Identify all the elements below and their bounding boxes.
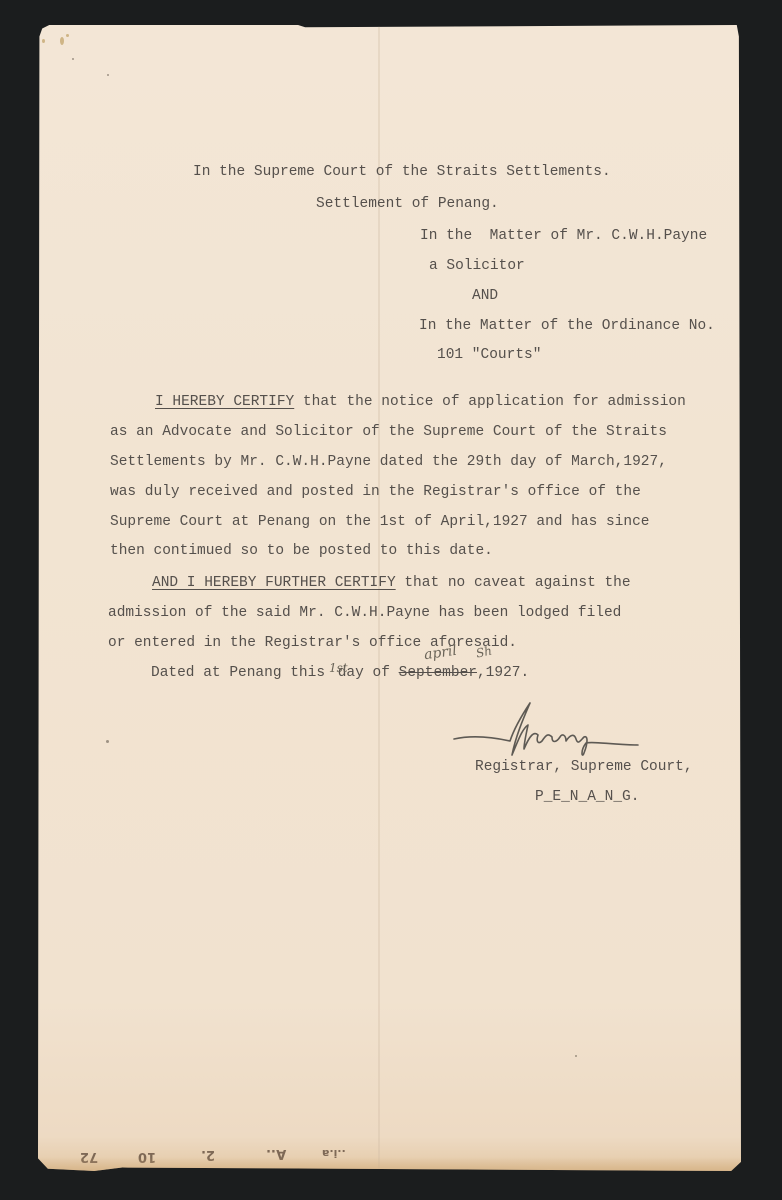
paper-speck — [72, 58, 74, 60]
paragraph-1-line-6: then contimued so to be posted to this d… — [110, 542, 493, 560]
paragraph-2-line-1-text: that no caveat against the — [396, 575, 631, 591]
matter-and: AND — [472, 287, 498, 305]
dated-suffix: ,1927. — [477, 665, 529, 681]
matter-line-3: In the Matter of the Ordinance No. — [419, 317, 715, 335]
court-heading: In the Supreme Court of the Straits Sett… — [193, 163, 611, 181]
corner-stain — [66, 34, 69, 37]
settlement-heading: Settlement of Penang. — [316, 195, 499, 213]
paper-speck — [106, 740, 109, 743]
handwritten-month-correction: april — [423, 643, 458, 663]
registrar-place: P_E_N_A_N_G. — [535, 788, 639, 806]
certify-lead: I HEREBY CERTIFY — [155, 394, 294, 410]
paragraph-1-line-4: was duly received and posted in the Regi… — [110, 483, 641, 501]
paper-speck — [107, 74, 109, 76]
paragraph-1-line-2: as an Advocate and Solicitor of the Supr… — [110, 423, 667, 441]
paragraph-1-line-1: I HEREBY CERTIFY that the notice of appl… — [155, 393, 686, 411]
handwritten-initials: Sh — [475, 643, 494, 660]
paragraph-2-line-1: AND I HEREBY FURTHER CERTIFY that no cav… — [152, 574, 631, 592]
registrar-signature — [452, 701, 642, 761]
handwritten-day: 1st — [329, 661, 348, 675]
struck-month: September — [399, 665, 477, 681]
further-certify-lead: AND I HEREBY FURTHER CERTIFY — [152, 575, 396, 591]
matter-line-4: 101 "Courts" — [437, 346, 541, 364]
registrar-title: Registrar, Supreme Court, — [475, 758, 693, 776]
matter-line-1: In the Matter of Mr. C.W.H.Payne — [420, 227, 707, 245]
corner-stain — [60, 37, 64, 45]
dated-prefix: Dated at Penang this — [151, 665, 334, 681]
matter-line-2: a Solicitor — [429, 257, 525, 275]
document-page: In the Supreme Court of the Straits Sett… — [38, 25, 741, 1171]
paragraph-1-line-1-text: that the notice of application for admis… — [294, 394, 686, 410]
paragraph-1-line-5: Supreme Court at Penang on the 1st of Ap… — [110, 513, 650, 531]
paragraph-1-line-3: Settlements by Mr. C.W.H.Payne dated the… — [110, 453, 667, 471]
corner-stain — [42, 39, 45, 43]
paper-speck — [575, 1055, 577, 1057]
paragraph-2-line-2: admission of the said Mr. C.W.H.Payne ha… — [108, 604, 621, 622]
